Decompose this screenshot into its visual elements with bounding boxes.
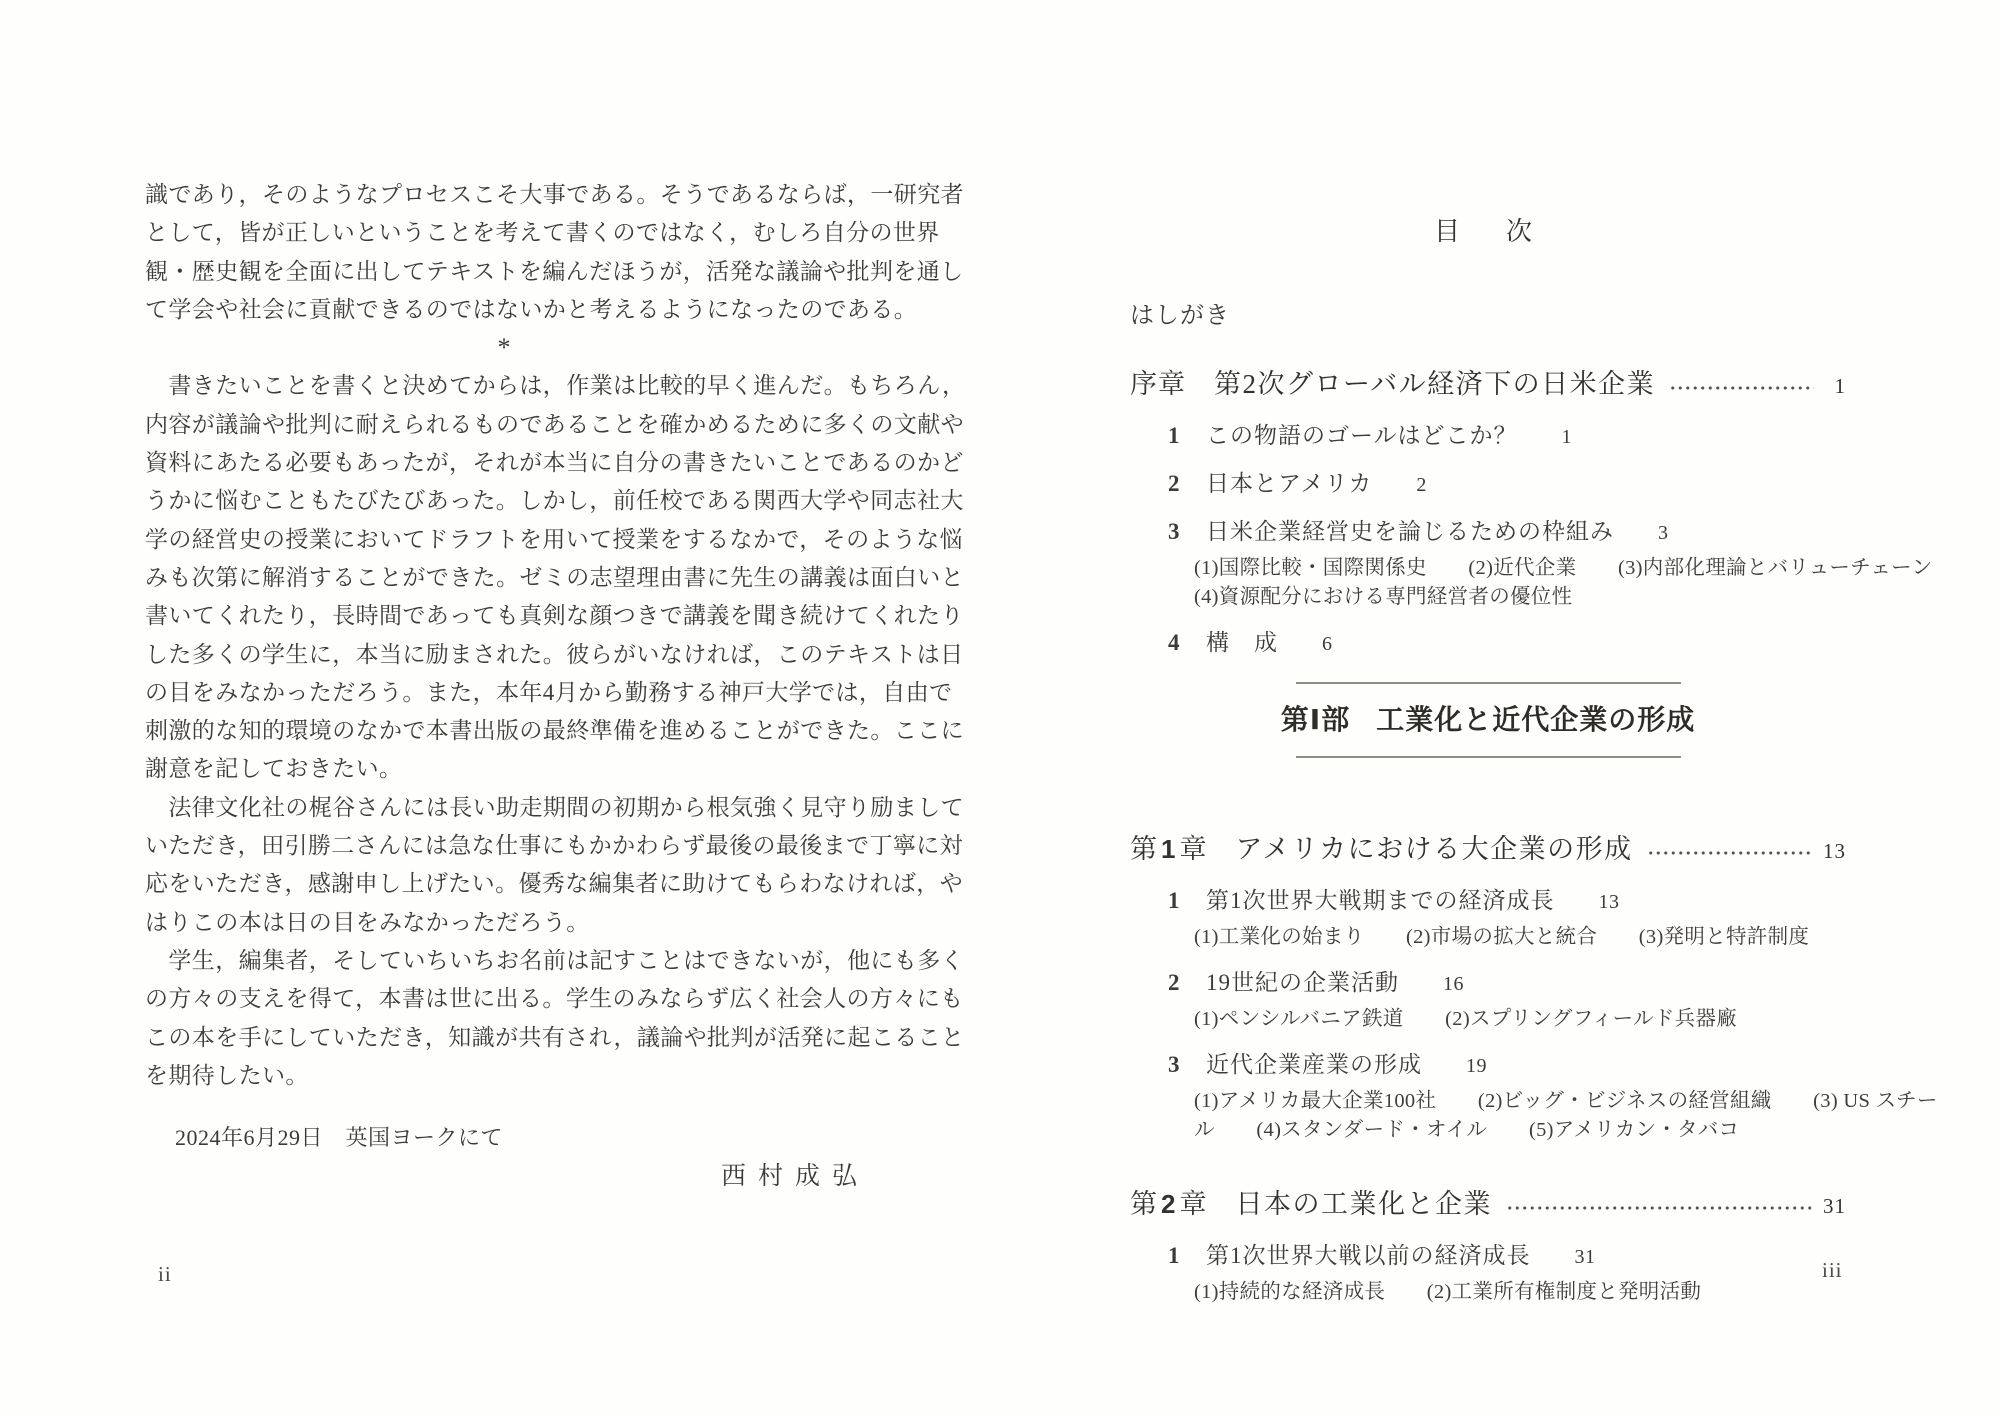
preface-line: を期待したい。 — [145, 1057, 863, 1095]
toc-item-title: 構 成 — [1206, 627, 1278, 658]
toc-chapter-heading: 第2章 日本の工業化と企業 31 — [1130, 1185, 1846, 1225]
toc-item-number: 3 — [1168, 1049, 1194, 1080]
toc-sub-items: (1)国際比較・国際関係史 (2)近代企業 (3)内部化理論とバリューチェーン — [1194, 554, 1846, 583]
toc-item-page-ref: 16 — [1443, 969, 1464, 1000]
toc-item-page-ref: 3 — [1658, 518, 1669, 549]
toc-chapter-label: 第1章 — [1130, 830, 1207, 868]
toc-item: 1 第1次世界大戦以前の経済成長 31 — [1168, 1240, 1846, 1273]
toc-sub-items: (1)アメリカ最大企業100社 (2)ビッグ・ビジネスの経営組織 (3) US … — [1194, 1087, 1846, 1116]
toc-sub-items: (1)持続的な経済成長 (2)工業所有権制度と発明活動 — [1194, 1278, 1846, 1307]
toc-item: 1 第1次世界大戦期までの経済成長 13 — [1168, 885, 1846, 918]
toc-item-number: 1 — [1168, 420, 1194, 451]
toc-item-title: 日米企業経営史を論じるための枠組み — [1206, 516, 1614, 547]
part-title: 第Ⅰ部工業化と近代企業の形成 — [1130, 698, 1846, 742]
toc-chapter-title: 日本の工業化と企業 — [1235, 1185, 1492, 1223]
preface-page: 識であり，そのようなプロセスこそ大事である。そうであるならば，一研究者として，皆… — [145, 176, 863, 1193]
toc-page: 目 次 はしがき 序章 第2次グローバル経済下の日米企業 1 1 この物語のゴー… — [1130, 215, 1846, 1307]
toc-item-page-ref: 6 — [1322, 629, 1333, 660]
toc-item-title: 日本とアメリカ — [1206, 468, 1372, 499]
preface-line: として，皆が正しいということを考えて書くのではなく，むしろ自分の世界 — [145, 214, 863, 252]
preface-line: 応をいただき，感謝申し上げたい。優秀な編集者に助けてもらわなければ，や — [145, 865, 863, 903]
toc-sub-items: (4)資源配分における専門経営者の優位性 — [1194, 583, 1846, 612]
toc-chapter-title: 第2次グローバル経済下の日米企業 — [1214, 365, 1655, 403]
toc-item-page-ref: 19 — [1466, 1051, 1487, 1082]
chapter-number: 2 — [1158, 1189, 1179, 1219]
part-divider: 第Ⅰ部工業化と近代企業の形成 — [1130, 682, 1846, 758]
toc-item-page-ref: 1 — [1562, 422, 1573, 453]
toc-item: 4 構 成 6 — [1168, 627, 1846, 660]
preface-line: うかに悩むこともたびたびあった。しかし，前任校である関西大学や同志社大 — [145, 482, 863, 520]
dot-leader — [1669, 384, 1814, 392]
toc-item-number: 3 — [1168, 516, 1194, 547]
toc-item: 3 近代企業産業の形成 19 — [1168, 1049, 1846, 1082]
preface-line: 法律文化社の梶谷さんには長い助走期間の初期から根気強く見守り励まして — [145, 789, 863, 827]
toc-item-title: 第1次世界大戦期までの経済成長 — [1206, 885, 1555, 916]
preface-line: 識であり，そのようなプロセスこそ大事である。そうであるならば，一研究者 — [145, 176, 863, 214]
toc-item-page-ref: 31 — [1575, 1242, 1596, 1273]
toc-chapter-label: 第2章 — [1130, 1185, 1207, 1223]
preface-line: この本を手にしていただき，知識が共有され，議論や批判が活発に起こること — [145, 1019, 863, 1057]
toc-chapter-heading: 第1章 アメリカにおける大企業の形成 13 — [1130, 830, 1846, 870]
toc-chapter-heading: 序章 第2次グローバル経済下の日米企業 1 — [1130, 365, 1846, 405]
preface-line: みも次第に解消することができた。ゼミの志望理由書に先生の講義は面白いと — [145, 559, 863, 597]
author-name: 西村成弘 — [145, 1161, 869, 1193]
preface-line: の目をみなかっただろう。また，本年4月から勤務する神戸大学では，自由で — [145, 674, 863, 712]
toc-item: 1 この物語のゴールはどこか？ 1 — [1168, 420, 1846, 453]
preface-line: 書いてくれたり，長時間であっても真剣な顔つきで講義を聞き続けてくれたり — [145, 597, 863, 635]
toc-item-page-ref: 2 — [1416, 470, 1427, 501]
preface-paragraph: 書きたいことを書くと決めてからは，作業は比較的早く進んだ。もちろん，内容が議論や… — [145, 367, 863, 788]
part-divider-line-top — [1296, 682, 1681, 684]
toc-item-number: 1 — [1168, 1240, 1194, 1271]
toc-item-title: この物語のゴールはどこか？ — [1206, 420, 1518, 451]
toc-item-number: 2 — [1168, 967, 1194, 998]
toc-item: 3 日米企業経営史を論じるための枠組み 3 — [1168, 516, 1846, 549]
section-separator-asterisk: * — [145, 329, 863, 367]
toc-page-ref: 1 — [1824, 367, 1846, 405]
page-number-ii: ii — [158, 1262, 172, 1287]
preface-line: て学会や社会に貢献できるのではないかと考えるようになったのである。 — [145, 291, 863, 329]
toc-item-title: 第1次世界大戦以前の経済成長 — [1206, 1240, 1531, 1271]
preface-line: の方々の支えを得て，本書は世に出る。学生のみならず広く社会人の方々にも — [145, 980, 863, 1018]
preface-line: 観・歴史観を全面に出してテキストを編んだほうが，活発な議論や批判を通し — [145, 253, 863, 291]
preface-paragraph: 学生，編集者，そしていちいちお名前は記すことはできないが，他にも多くの方々の支え… — [145, 942, 863, 1095]
preface-line: 刺激的な知的環境のなかで本書出版の最終準備を進めることができた。ここに — [145, 712, 863, 750]
preface-line: 内容が議論や批判に耐えられるものであることを確かめるために多くの文献や — [145, 406, 863, 444]
toc-item-number: 2 — [1168, 468, 1194, 499]
dot-leader — [1647, 849, 1813, 857]
preface-paragraph: 識であり，そのようなプロセスこそ大事である。そうであるならば，一研究者として，皆… — [145, 176, 863, 329]
toc-page-ref: 13 — [1823, 832, 1846, 870]
toc-entry-hashigaki: はしがき — [1130, 301, 1846, 331]
toc-chapter-title: アメリカにおける大企業の形成 — [1235, 830, 1632, 868]
dot-leader — [1506, 1204, 1813, 1212]
toc-item: 2 19世紀の企業活動 16 — [1168, 967, 1846, 1000]
preface-line: した多くの学生に，本当に励まされた。彼らがいなければ，このテキストは日 — [145, 636, 863, 674]
toc-sub-items: (1)工業化の始まり (2)市場の拡大と統合 (3)発明と特許制度 — [1194, 923, 1846, 952]
preface-line: いただき，田引勝二さんには急な仕事にもかかわらず最後の最後まで丁寧に対 — [145, 827, 863, 865]
toc-item: 2 日本とアメリカ 2 — [1168, 468, 1846, 501]
preface-line: 謝意を記しておきたい。 — [145, 750, 863, 788]
toc-sub-items: ル (4)スタンダード・オイル (5)アメリカン・タバコ — [1194, 1116, 1846, 1145]
page-number-iii: iii — [1822, 1258, 1843, 1283]
toc-page-ref: 31 — [1823, 1187, 1846, 1225]
preface-paragraph: 法律文化社の梶谷さんには長い助走期間の初期から根気強く見守り励ましていただき，田… — [145, 789, 863, 942]
preface-line: 資料にあたる必要もあったが，それが本当に自分の書きたいことであるのかど — [145, 444, 863, 482]
part-divider-line-bottom — [1296, 756, 1681, 758]
preface-line: はりこの本は日の目をみなかっただろう。 — [145, 904, 863, 942]
preface-line: 書きたいことを書くと決めてからは，作業は比較的早く進んだ。もちろん， — [145, 367, 863, 405]
toc-chapter-label: 序章 — [1130, 365, 1186, 403]
preface-line: 学生，編集者，そしていちいちお名前は記すことはできないが，他にも多く — [145, 942, 863, 980]
toc-title: 目 次 — [1130, 215, 1846, 249]
toc-sub-items: (1)ペンシルバニア鉄道 (2)スプリングフィールド兵器廠 — [1194, 1005, 1846, 1034]
chapter-number: 1 — [1158, 834, 1179, 864]
preface-line: 学の経営史の授業においてドラフトを用いて授業をするなかで，そのような悩 — [145, 521, 863, 559]
date-place-line: 2024年6月29日 英国ヨークにて — [145, 1123, 863, 1153]
toc-item-number: 1 — [1168, 885, 1194, 916]
toc-item-page-ref: 13 — [1599, 887, 1620, 918]
toc-item-number: 4 — [1168, 627, 1194, 658]
toc-item-title: 近代企業産業の形成 — [1206, 1049, 1422, 1080]
toc-item-title: 19世紀の企業活動 — [1206, 967, 1399, 998]
